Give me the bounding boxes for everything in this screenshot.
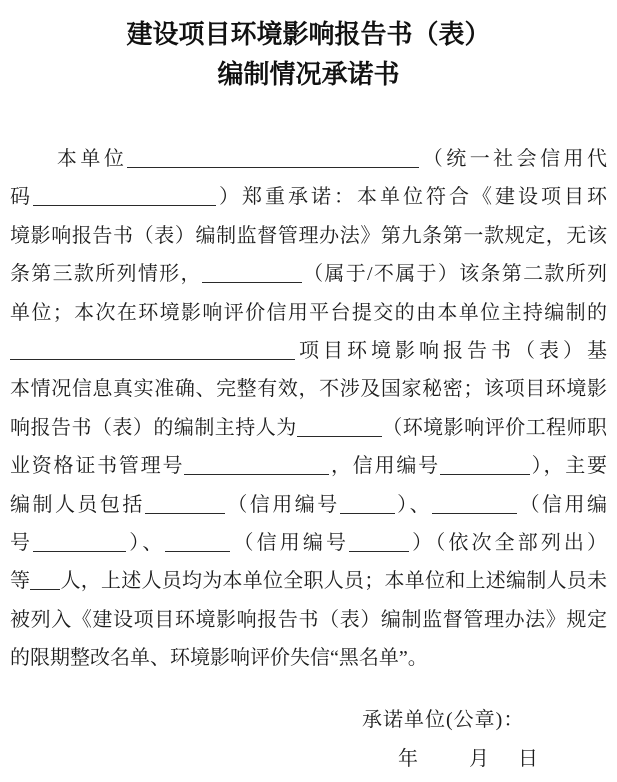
text-segment: 境影响报告书（表）编制监督管理办法》第九条第一款规定，无该 <box>10 225 607 247</box>
blank-underline <box>184 454 329 475</box>
body-line: 本情况信息真实准确、完整有效，不涉及国家秘密；该项目环境影 <box>10 370 607 408</box>
body-line: 的限期整改名单、环境影响评价失信“黑名单”。 <box>10 639 607 677</box>
text-segment: （信用编号 <box>230 532 349 554</box>
signature-block: 承诺单位(公章)： 年 月 日 <box>10 707 607 772</box>
body-line: 本单位（统一社会信用代 <box>10 140 607 178</box>
text-segment: 号 <box>10 532 33 554</box>
blank-underline <box>30 569 60 590</box>
blank-underline <box>145 493 225 514</box>
body-line: 等人，上述人员均为本单位全职人员；本单位和上述编制人员未 <box>10 562 607 600</box>
body-line: 项目环境影响报告书（表）基 <box>10 332 607 370</box>
body-line: 码）郑重承诺：本单位符合《建设项目环 <box>10 178 607 216</box>
text-segment: 被列入《建设项目环境影响报告书（表）编制监督管理办法》规定 <box>10 609 607 631</box>
body-line: 单位；本次在环境影响评价信用平台提交的由本单位主持编制的 <box>10 294 607 332</box>
blank-underline <box>340 493 395 514</box>
body-line: 号）、（信用编号）（依次全部列出） <box>10 524 607 562</box>
text-segment: 本情况信息真实准确、完整有效，不涉及国家秘密；该项目环境影 <box>10 378 607 400</box>
blank-underline <box>297 416 382 437</box>
text-segment: 项目环境影响报告书（表）基 <box>295 340 607 362</box>
body-line: 境影响报告书（表）编制监督管理办法》第九条第一款规定，无该 <box>10 217 607 255</box>
blank-underline <box>33 185 216 206</box>
text-segment: 等 <box>10 570 30 592</box>
blank-underline <box>440 454 530 475</box>
blank-underline <box>33 531 126 552</box>
blank-underline <box>202 262 302 283</box>
page: { "document": { "title_lines": [ "建设项目环境… <box>0 0 617 782</box>
body-line: 编制人员包括（信用编号）、（信用编 <box>10 486 607 524</box>
blank-underline <box>10 339 295 360</box>
text-segment: ）、 <box>395 494 432 516</box>
text-segment: 的限期整改名单、环境影响评价失信“黑名单”。 <box>10 647 428 669</box>
blank-underline <box>349 531 409 552</box>
body-line: 被列入《建设项目环境影响报告书（表）编制监督管理办法》规定 <box>10 601 607 639</box>
date-line: 年 月 日 <box>10 746 607 772</box>
text-segment: 人，上述人员均为本单位全职人员；本单位和上述编制人员未 <box>60 570 607 592</box>
text-segment: 码 <box>10 186 33 208</box>
seal-unit-label: 承诺单位(公章)： <box>362 707 607 733</box>
text-segment: （统一社会信用代 <box>419 148 607 170</box>
body-line: 条第三款所列情形，（属于/不属于）该条第二款所列 <box>10 255 607 293</box>
document-title: 建设项目环境影响报告书（表） 编制情况承诺书 <box>10 14 607 94</box>
commitment-letter-document: 建设项目环境影响报告书（表） 编制情况承诺书 本单位（统一社会信用代码）郑重承诺… <box>0 0 617 782</box>
blank-underline <box>432 493 517 514</box>
text-segment: ）郑重承诺：本单位符合《建设项目环 <box>216 186 607 208</box>
title-line-2: 编制情况承诺书 <box>10 54 607 94</box>
month-label: 月 <box>469 748 489 770</box>
body-line: 响报告书（表）的编制主持人为（环境影响评价工程师职 <box>10 409 607 447</box>
text-segment: 条第三款所列情形， <box>10 263 202 285</box>
blank-underline <box>165 531 230 552</box>
text-segment: 单位；本次在环境影响评价信用平台提交的由本单位主持编制的 <box>10 302 607 324</box>
text-segment: 本单位 <box>10 148 127 170</box>
body-line: 业资格证书管理号，信用编号），主要 <box>10 447 607 485</box>
text-segment: （信用编号 <box>225 494 340 516</box>
letter-body: 本单位（统一社会信用代码）郑重承诺：本单位符合《建设项目环境影响报告书（表）编制… <box>10 140 607 677</box>
text-segment: 响报告书（表）的编制主持人为 <box>10 417 297 439</box>
title-line-1: 建设项目环境影响报告书（表） <box>10 14 607 54</box>
text-segment: ）、 <box>126 532 165 554</box>
text-segment: ）（依次全部列出） <box>409 532 607 554</box>
blank-underline <box>127 147 419 168</box>
text-segment: ，信用编号 <box>329 455 440 477</box>
text-segment: 编制人员包括 <box>10 494 145 516</box>
text-segment: ），主要 <box>530 455 607 477</box>
text-segment: 业资格证书管理号 <box>10 455 184 477</box>
day-label: 日 <box>518 748 538 770</box>
text-segment: （信用编 <box>517 494 607 516</box>
year-label: 年 <box>398 748 418 770</box>
text-segment: （属于/不属于）该条第二款所列 <box>302 263 607 285</box>
text-segment: （环境影响评价工程师职 <box>382 417 607 439</box>
